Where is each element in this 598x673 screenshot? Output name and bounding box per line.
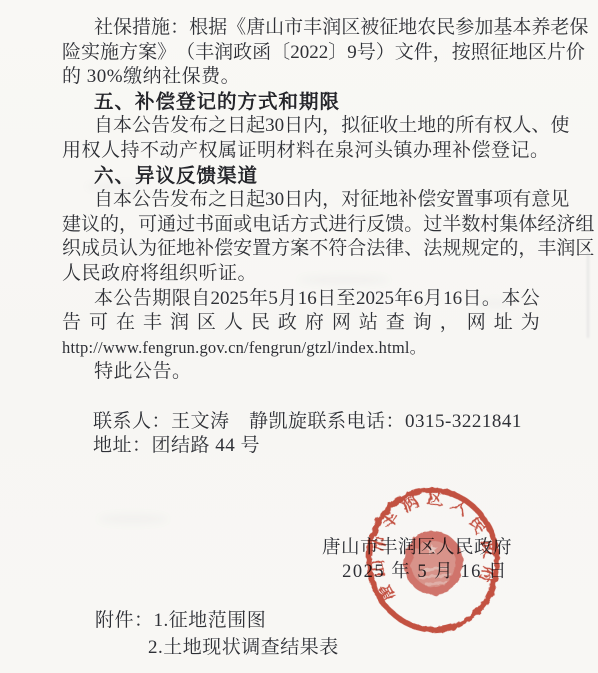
notice-body: 社保措施：根据《唐山市丰润区被征地农民参加基本养老保 险实施方案》（丰润政函〔2… — [62, 16, 540, 661]
closing-line: 特此公告。 — [62, 360, 540, 385]
para-period-line: 本公告期限自2025年5月16日至2025年6月16日。本公 — [62, 287, 540, 312]
para-period-line: 告可在丰润区人民政府网站查询，网址为 — [62, 311, 540, 336]
section-heading-6: 六、异议反馈渠道 — [62, 164, 540, 189]
attachment-line-2: 2.土地现状调查结果表 — [62, 636, 540, 661]
para-feedback-line: 建议的，可通过书面或电话方式进行反馈。过半数村集体经济组 — [62, 213, 540, 238]
para-feedback-line: 自本公告发布之日起30日内，对征地补偿安置事项有意见 — [62, 188, 540, 213]
para-feedback-line: 织成员认为征地补偿安置方案不符合法律、法规规定的，丰润区 — [62, 237, 540, 262]
document-page: 社保措施：根据《唐山市丰润区被征地农民参加基本养老保 险实施方案》（丰润政函〔2… — [0, 0, 598, 673]
contact-person: 联系人：王文涛 静凯旋 — [93, 410, 308, 435]
signature-date: 2025 年 5 月 16 日 — [62, 560, 540, 585]
contact-line: 联系人：王文涛 静凯旋 联系电话：0315-3221841 — [62, 410, 540, 435]
section-heading-5: 五、补偿登记的方式和期限 — [62, 90, 540, 115]
attachment-line-1: 附件：1.征地范围图 — [62, 609, 540, 634]
para-social-line: 险实施方案》（丰润政函〔2022〕9号）文件，按照征地区片价 — [62, 41, 540, 66]
para-social-line: 的 30%缴纳社保费。 — [62, 65, 540, 90]
contact-phone: 联系电话：0315-3221841 — [308, 410, 522, 435]
para-registration-line: 自本公告发布之日起30日内，拟征收土地的所有权人、使 — [62, 114, 540, 139]
signature-name: 唐山市丰润区人民政府 — [62, 536, 540, 561]
para-registration-line: 用权人持不动产权属证明材料在泉河头镇办理补偿登记。 — [62, 139, 540, 164]
website-url: http://www.fengrun.gov.cn/fengrun/gtzl/i… — [62, 336, 540, 361]
para-feedback-line: 人民政府将组织听证。 — [62, 262, 540, 287]
scan-edge-streak — [587, 252, 589, 338]
address-line: 地址：团结路 44 号 — [62, 434, 540, 459]
para-social-line: 社保措施：根据《唐山市丰润区被征地农民参加基本养老保 — [62, 16, 540, 41]
